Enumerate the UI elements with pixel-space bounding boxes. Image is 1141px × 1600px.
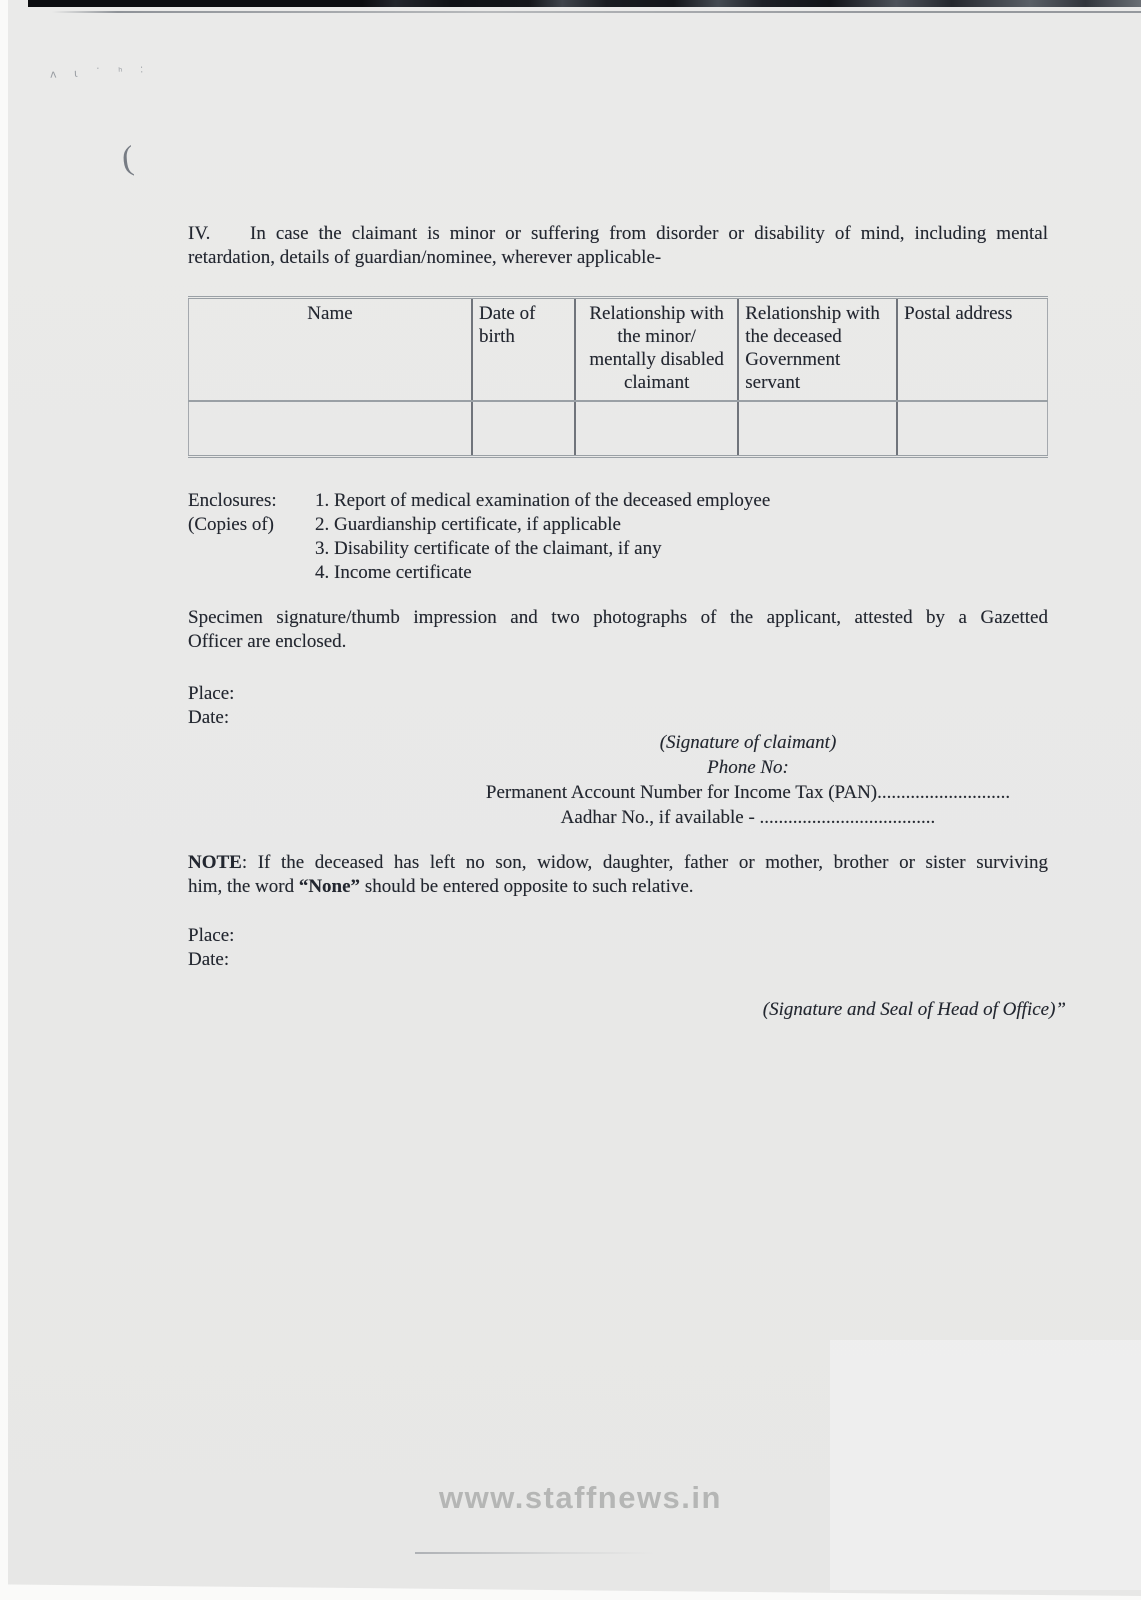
note-label: NOTE [188,852,242,873]
paren-pen-mark-artifact: ( [120,140,135,179]
section-iv-paragraph: IV. In case the claimant is minor or suf… [188,222,1048,270]
table-header-row: Name Date of birth Relationship with the… [189,298,1048,402]
place-date-block-2: Place: Date: [188,924,1048,972]
enclosure-item: 4. Income certificate [315,561,1048,585]
scan-top-thin-line [52,11,1141,13]
section-number: IV. [188,222,250,246]
enclosure-item: 2. Guardianship certificate, if applicab… [315,513,1048,537]
specimen-paragraph: Specimen signature/thumb impression and … [188,606,1048,654]
phone-no-label: Phone No: [448,755,1048,780]
date-label: Date: [188,706,1048,730]
enclosure-item: 1. Report of medical examination of the … [315,489,1048,513]
enclosure-item: 3. Disability certificate of the claiman… [315,537,1048,561]
cell-relationship-minor [575,401,738,457]
enclosures-list: 1. Report of medical examination of the … [315,489,1048,585]
scanned-document-page: ᴧ ɩ ˙ ʰ ˸ ( IV. In case the claimant is … [0,0,1141,1600]
place-label: Place: [188,682,1048,706]
scan-top-edge-bar [28,0,1141,7]
col-header-relationship-minor: Relationship with the minor/ mentally di… [575,298,738,402]
col-header-name: Name [189,298,472,402]
note-line1: NOTE: If the deceased has left no son, w… [188,851,1048,875]
enclosures-label-line1: Enclosures: [188,489,315,513]
col-header-postal-address: Postal address [897,298,1047,402]
enclosures-label-line2: (Copies of) [188,513,315,537]
note-line2: him, the word “None” should be entered o… [188,875,1048,899]
col-header-date-of-birth: Date of birth [472,298,575,402]
cell-date-of-birth [472,401,575,457]
scan-left-edge [0,0,8,1600]
none-word: “None” [299,876,360,897]
aadhar-dotted-line: Aadhar No., if available - .............… [448,805,1048,830]
scan-light-patch [830,1340,1141,1590]
cell-name [189,401,472,457]
place-date-block-1: Place: Date: [188,682,1048,730]
scan-faint-line [415,1552,655,1554]
specimen-line2: Officer are enclosed. [188,630,1048,654]
date-label: Date: [188,948,1048,972]
claimant-signature-block: (Signature of claimant) Phone No: Perman… [448,730,1048,830]
enclosures-block: Enclosures: (Copies of) 1. Report of med… [188,489,1048,585]
signature-of-claimant-label: (Signature of claimant) [448,730,1048,755]
guardian-details-table: Name Date of birth Relationship with the… [188,296,1048,458]
form-content: IV. In case the claimant is minor or suf… [188,222,1048,1022]
col-header-relationship-deceased: Relationship with the deceased Governmen… [738,298,897,402]
section-iv-line2: retardation, details of guardian/nominee… [188,246,1048,270]
pencil-scribble-artifact: ᴧ ɩ ˙ ʰ ˸ [50,64,151,80]
enclosures-label: Enclosures: (Copies of) [188,489,315,585]
section-iv-line1: In case the claimant is minor or sufferi… [250,222,1048,246]
note-paragraph: NOTE: If the deceased has left no son, w… [188,851,1048,899]
pan-dotted-line: Permanent Account Number for Income Tax … [448,780,1048,805]
head-of-office-signature: (Signature and Seal of Head of Office)” [188,998,1066,1022]
table-row [189,401,1048,457]
place-label: Place: [188,924,1048,948]
cell-postal-address [897,401,1047,457]
cell-relationship-deceased [738,401,897,457]
specimen-line1: Specimen signature/thumb impression and … [188,606,1048,630]
